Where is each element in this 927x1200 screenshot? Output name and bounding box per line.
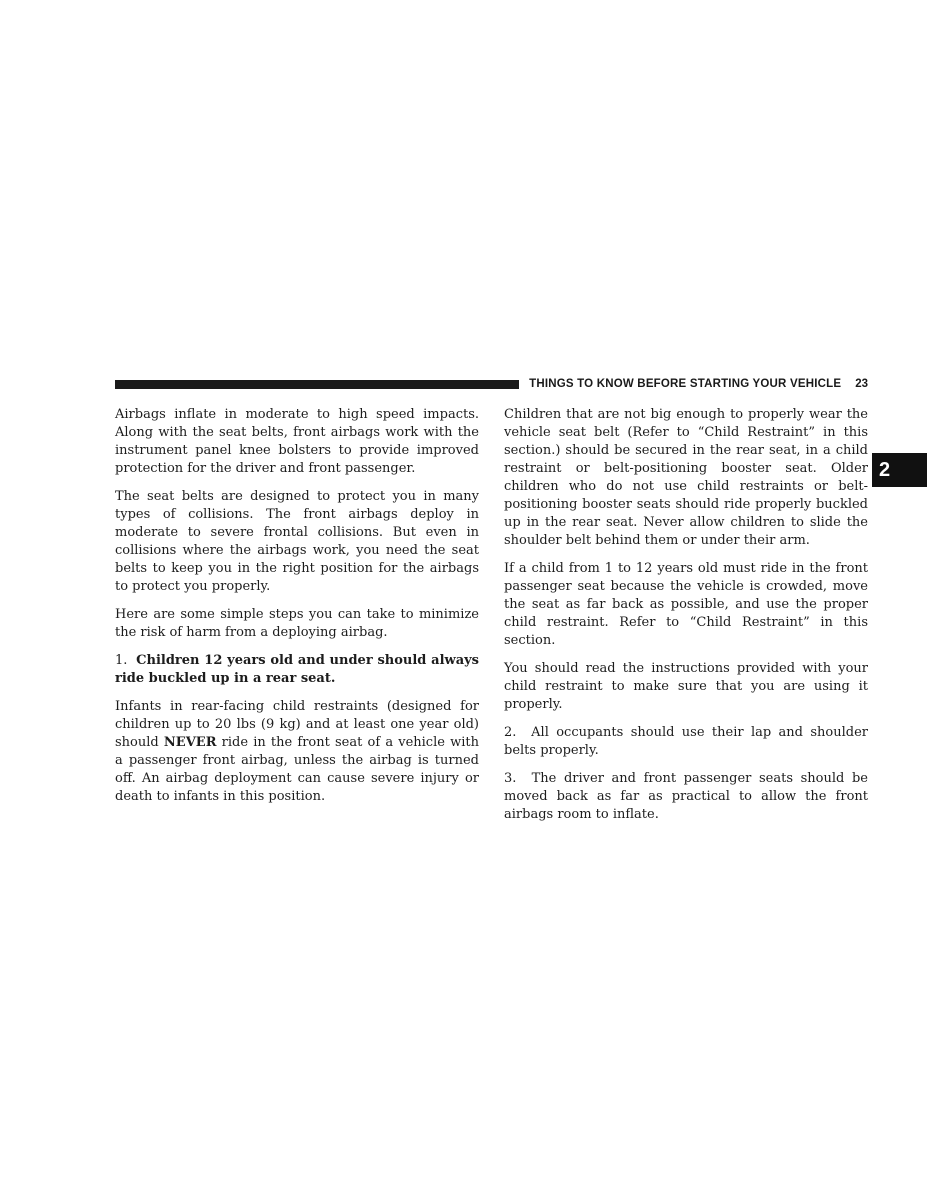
page-header: THINGS TO KNOW BEFORE STARTING YOUR VEHI… <box>115 378 868 390</box>
paragraph: You should read the instructions provide… <box>504 660 868 714</box>
page-content: THINGS TO KNOW BEFORE STARTING YOUR VEHI… <box>115 378 868 834</box>
paragraph: 1. Children 12 years old and under shoul… <box>115 652 479 688</box>
header-rule <box>115 380 519 389</box>
left-column: Airbags inflate in moderate to high spee… <box>115 406 479 834</box>
manual-page: THINGS TO KNOW BEFORE STARTING YOUR VEHI… <box>0 0 927 1200</box>
paragraph: Children that are not big enough to prop… <box>504 406 868 550</box>
paragraph: The seat belts are designed to protect y… <box>115 488 479 596</box>
paragraph: 2. All occupants should use their lap an… <box>504 724 868 760</box>
paragraph: If a child from 1 to 12 years old must r… <box>504 560 868 650</box>
page-number: 23 <box>855 378 868 390</box>
chapter-tab: 2 <box>872 453 927 487</box>
text-columns: Airbags inflate in moderate to high spee… <box>115 406 868 834</box>
paragraph: Infants in rear-facing child restraints … <box>115 698 479 806</box>
paragraph: Airbags inflate in moderate to high spee… <box>115 406 479 478</box>
chapter-number: 2 <box>879 459 890 482</box>
paragraph: Here are some simple steps you can take … <box>115 606 479 642</box>
page-title: THINGS TO KNOW BEFORE STARTING YOUR VEHI… <box>529 378 841 390</box>
right-column: Children that are not big enough to prop… <box>504 406 868 834</box>
paragraph: 3. The driver and front passenger seats … <box>504 770 868 824</box>
